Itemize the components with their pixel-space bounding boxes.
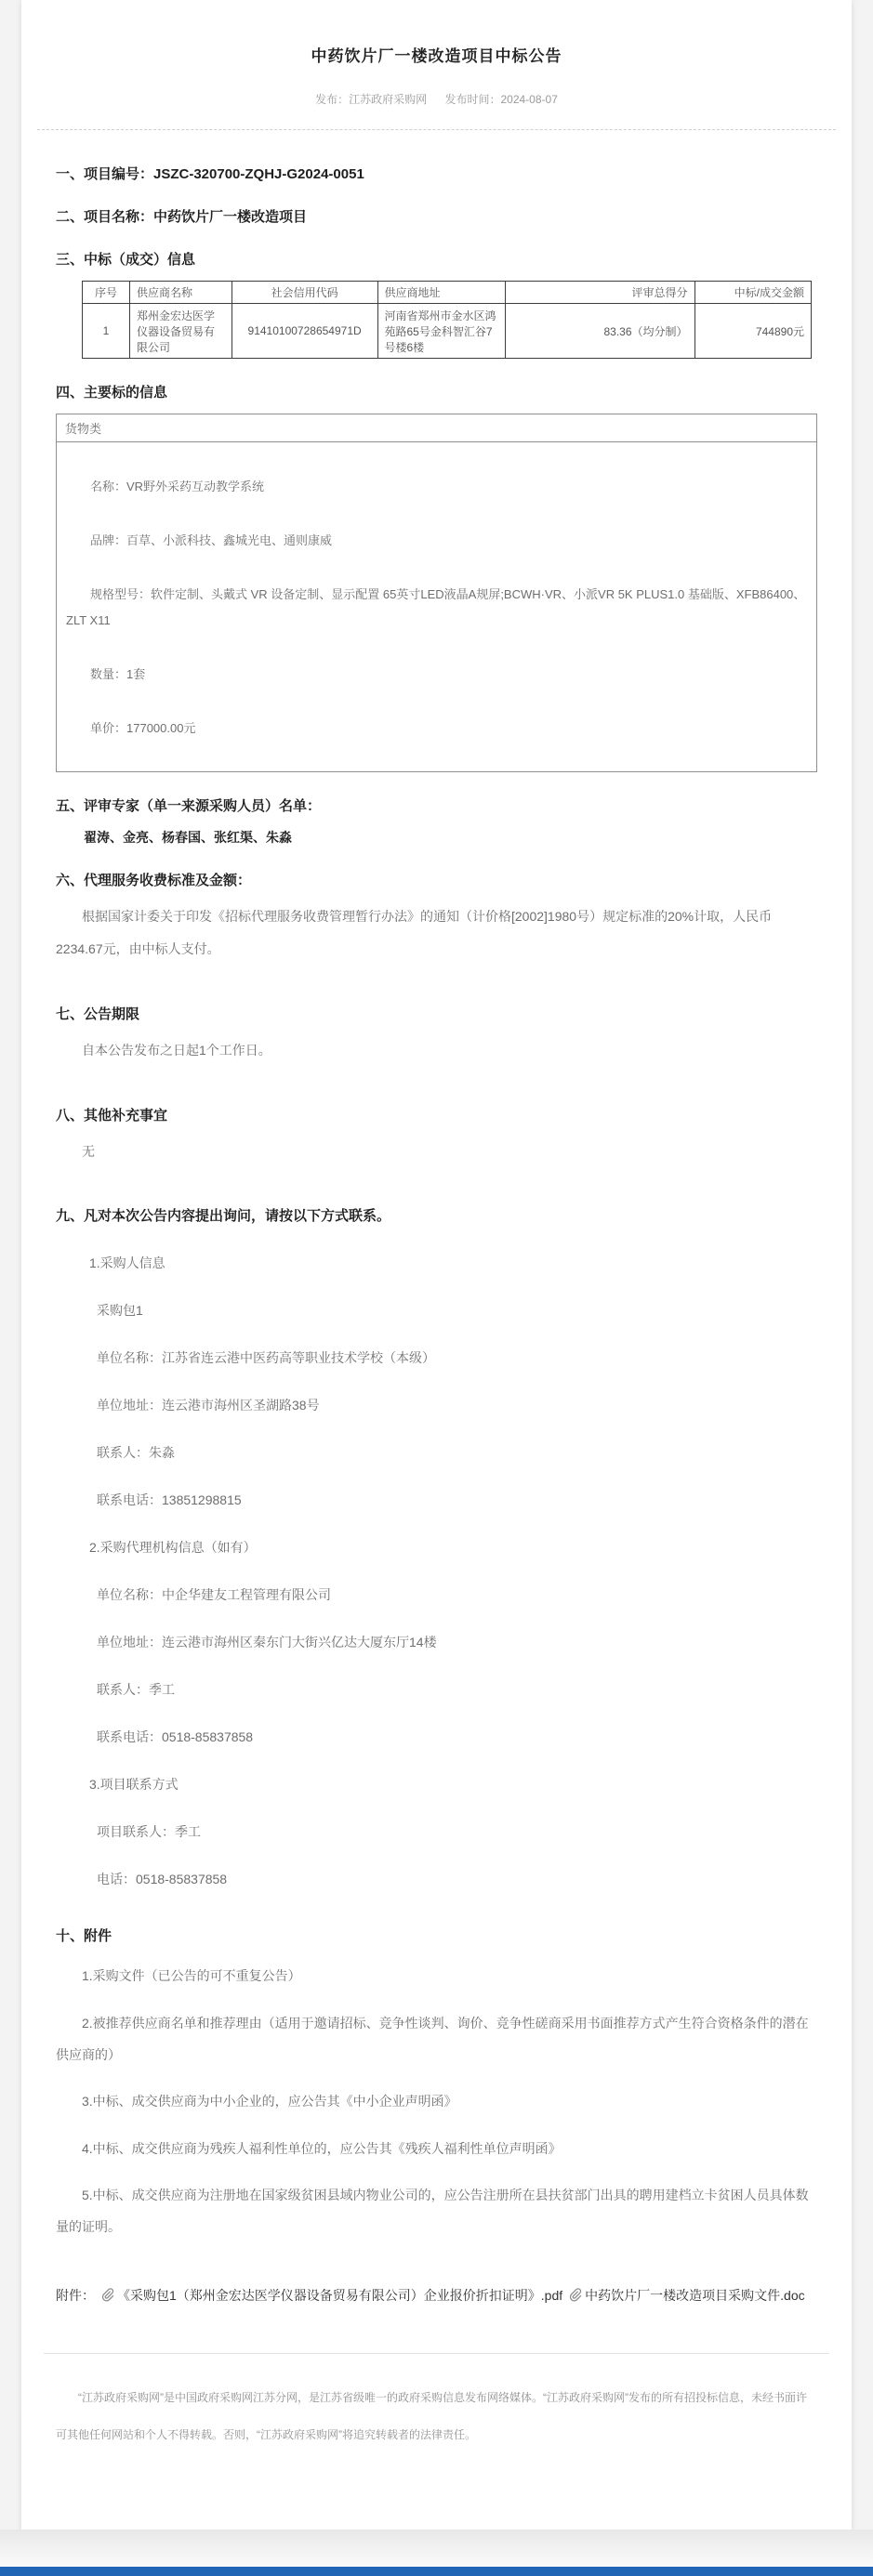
section-award-info: 三、中标（成交）信息 xyxy=(56,249,817,269)
section-notice-period: 七、公告期限 xyxy=(56,1004,817,1023)
attachment-note-3: 3.中标、成交供应商为中小企业的，应公告其《中小企业声明函》 xyxy=(56,2085,817,2117)
attachment-file-doc[interactable]: 中药饮片厂一楼改造项目采购文件.doc xyxy=(585,2288,804,2303)
agency-contact-phone: 联系电话：0518-85837858 xyxy=(56,1728,817,1746)
goods-unit-price: 单价：177000.00元 xyxy=(66,716,807,742)
purchaser-org-address: 单位地址：连云港市海州区圣湖路38号 xyxy=(56,1396,817,1414)
publish-meta: 发布：江苏政府采购网 发布时间：2024-08-07 xyxy=(56,91,817,107)
attachment-note-5: 5.中标、成交供应商为注册地在国家级贫困县域内物业公司的，应公告注册所在县扶贫部… xyxy=(56,2179,817,2243)
cell-score: 83.36（均分制） xyxy=(505,304,694,359)
col-header-supplier-name: 供应商名称 xyxy=(129,282,231,304)
purchaser-heading: 1.采购人信息 xyxy=(56,1254,817,1272)
page-title: 中药饮片厂一楼改造项目中标公告 xyxy=(56,43,817,66)
col-header-credit-code: 社会信用代码 xyxy=(231,282,377,304)
publish-source: 发布：江苏政府采购网 xyxy=(315,93,427,106)
footer-disclaimer: “江苏政府采购网”是中国政府采购网江苏分网，是江苏省级唯一的政府采购信息发布网络… xyxy=(56,2380,817,2453)
table-row: 1 郑州金宏达医学仪器设备贸易有限公司 91410100728654971D 河… xyxy=(83,304,812,359)
purchaser-org-name: 单位名称：江苏省连云港中医药高等职业技术学校（本级） xyxy=(56,1348,817,1367)
attachments-label: 附件： xyxy=(56,2288,95,2303)
award-table-header-row: 序号 供应商名称 社会信用代码 供应商地址 评审总得分 中标/成交金额 xyxy=(83,282,812,304)
goods-body: 名称：VR野外采药互动教学系统 品牌：百草、小派科技、鑫城光电、通则康威 规格型… xyxy=(57,442,816,771)
section-contact: 九、凡对本次公告内容提出询问，请按以下方式联系。 xyxy=(56,1205,817,1225)
footer-divider xyxy=(44,2353,829,2354)
attachment-note-1: 1.采购文件（已公告的可不重复公告） xyxy=(56,1960,817,1991)
section-project-number: 一、项目编号：JSZC-320700-ZQHJ-G2024-0051 xyxy=(56,164,817,183)
goods-quantity: 数量：1套 xyxy=(66,662,807,688)
agency-org-name: 单位名称：中企华建友工程管理有限公司 xyxy=(56,1585,817,1604)
purchaser-contact-person: 联系人：朱淼 xyxy=(56,1443,817,1462)
goods-category: 货物类 xyxy=(57,414,816,442)
section-project-name: 二、项目名称：中药饮片厂一楼改造项目 xyxy=(56,206,817,226)
cell-supplier-name: 郑州金宏达医学仪器设备贸易有限公司 xyxy=(129,304,231,359)
publish-time: 发布时间：2024-08-07 xyxy=(444,93,557,106)
project-contact-phone: 电话：0518-85837858 xyxy=(56,1870,817,1888)
attachments-row: 附件：《采购包1（郑州金宏达医学仪器设备贸易有限公司）企业报价折扣证明》.pdf… xyxy=(56,2283,817,2310)
goods-brand: 品牌：百草、小派科技、鑫城光电、通则康威 xyxy=(66,528,807,554)
attachment-file-pdf[interactable]: 《采购包1（郑州金宏达医学仪器设备贸易有限公司）企业报价折扣证明》.pdf xyxy=(117,2288,562,2303)
attachment-note-2: 2.被推荐供应商名单和推荐理由（适用于邀请招标、竞争性谈判、询价、竞争性磋商采用… xyxy=(56,2007,817,2071)
section-subject-info: 四、主要标的信息 xyxy=(56,382,817,401)
other-text: 无 xyxy=(56,1136,817,1169)
col-header-score: 评审总得分 xyxy=(505,282,694,304)
project-contact-person: 项目联系人：季工 xyxy=(56,1822,817,1841)
goods-name: 名称：VR野外采药互动教学系统 xyxy=(66,474,807,500)
paperclip-icon xyxy=(568,2290,582,2305)
experts-list: 翟涛、金亮、杨春国、张红渠、朱淼 xyxy=(84,828,817,847)
purchaser-package: 采购包1 xyxy=(56,1301,817,1320)
award-table: 序号 供应商名称 社会信用代码 供应商地址 评审总得分 中标/成交金额 1 郑州… xyxy=(82,281,812,359)
agency-org-address: 单位地址：连云港市海州区秦东门大街兴亿达大厦东厅14楼 xyxy=(56,1633,817,1651)
section-attachments: 十、附件 xyxy=(56,1925,817,1945)
section-agency-fee: 六、代理服务收费标准及金额： xyxy=(56,870,817,889)
cell-supplier-address: 河南省郑州市金水区鸿苑路65号金科智汇谷7号楼6楼 xyxy=(377,304,505,359)
agency-heading: 2.采购代理机构信息（如有） xyxy=(56,1538,817,1557)
col-header-supplier-address: 供应商地址 xyxy=(377,282,505,304)
agency-contact-person: 联系人：季工 xyxy=(56,1680,817,1699)
section-other: 八、其他补充事宜 xyxy=(56,1105,817,1124)
goods-info-box: 货物类 名称：VR野外采药互动教学系统 品牌：百草、小派科技、鑫城光电、通则康威… xyxy=(56,414,817,772)
cell-seq: 1 xyxy=(83,304,130,359)
agency-fee-text: 根据国家计委关于印发《招标代理服务收费管理暂行办法》的通知（计价格[2002]1… xyxy=(56,900,817,966)
project-contact-heading: 3.项目联系方式 xyxy=(56,1775,817,1794)
cell-amount: 744890元 xyxy=(694,304,811,359)
paperclip-icon xyxy=(100,2290,114,2305)
cell-credit-code: 91410100728654971D xyxy=(231,304,377,359)
bottom-gradient-strip xyxy=(0,2530,873,2567)
notice-period-text: 自本公告发布之日起1个工作日。 xyxy=(56,1034,817,1068)
attachment-note-4: 4.中标、成交供应商为残疾人福利性单位的，应公告其《残疾人福利性单位声明函》 xyxy=(56,2133,817,2164)
purchaser-contact-phone: 联系电话：13851298815 xyxy=(56,1491,817,1509)
dashed-divider xyxy=(37,129,836,130)
footer-blue-bar xyxy=(0,2567,873,2576)
col-header-seq: 序号 xyxy=(83,282,130,304)
section-experts: 五、评审专家（单一来源采购人员）名单： xyxy=(56,795,817,815)
announcement-card: 中药饮片厂一楼改造项目中标公告 发布：江苏政府采购网 发布时间：2024-08-… xyxy=(21,0,852,2530)
col-header-amount: 中标/成交金额 xyxy=(694,282,811,304)
goods-spec: 规格型号：软件定制、头戴式 VR 设备定制、显示配置 65英寸LED液晶A规屏;… xyxy=(66,582,807,634)
